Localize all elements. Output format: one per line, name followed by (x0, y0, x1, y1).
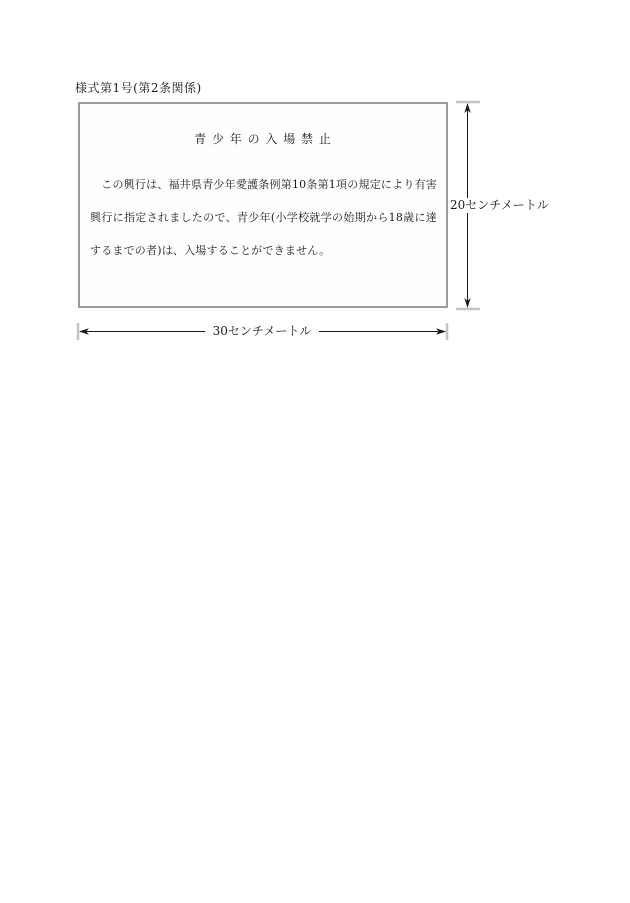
notice-body-line: この興行は、福井県青少年愛護条例第10条第1項の規定により有害 (90, 168, 437, 201)
form-number-label: 様式第1号(第2条関係) (75, 79, 202, 96)
notice-body-line: するまでの者)は、入場することができません。 (90, 234, 437, 267)
width-dimension-label: 30センチメートル (205, 324, 319, 339)
notice-body-line: 興行に指定されましたので、青少年(小学校就学の始期から18歳に達 (90, 201, 437, 234)
height-dimension-label: 20センチメートル (448, 198, 551, 213)
notice-box: 青 少 年 の 入 場 禁 止 この興行は、福井県青少年愛護条例第10条第1項の… (78, 102, 448, 308)
document-page: 様式第1号(第2条関係) 青 少 年 の 入 場 禁 止 この興行は、福井県青少… (0, 0, 630, 903)
notice-body: この興行は、福井県青少年愛護条例第10条第1項の規定により有害 興行に指定されま… (80, 168, 446, 267)
notice-title: 青 少 年 の 入 場 禁 止 (80, 130, 446, 147)
